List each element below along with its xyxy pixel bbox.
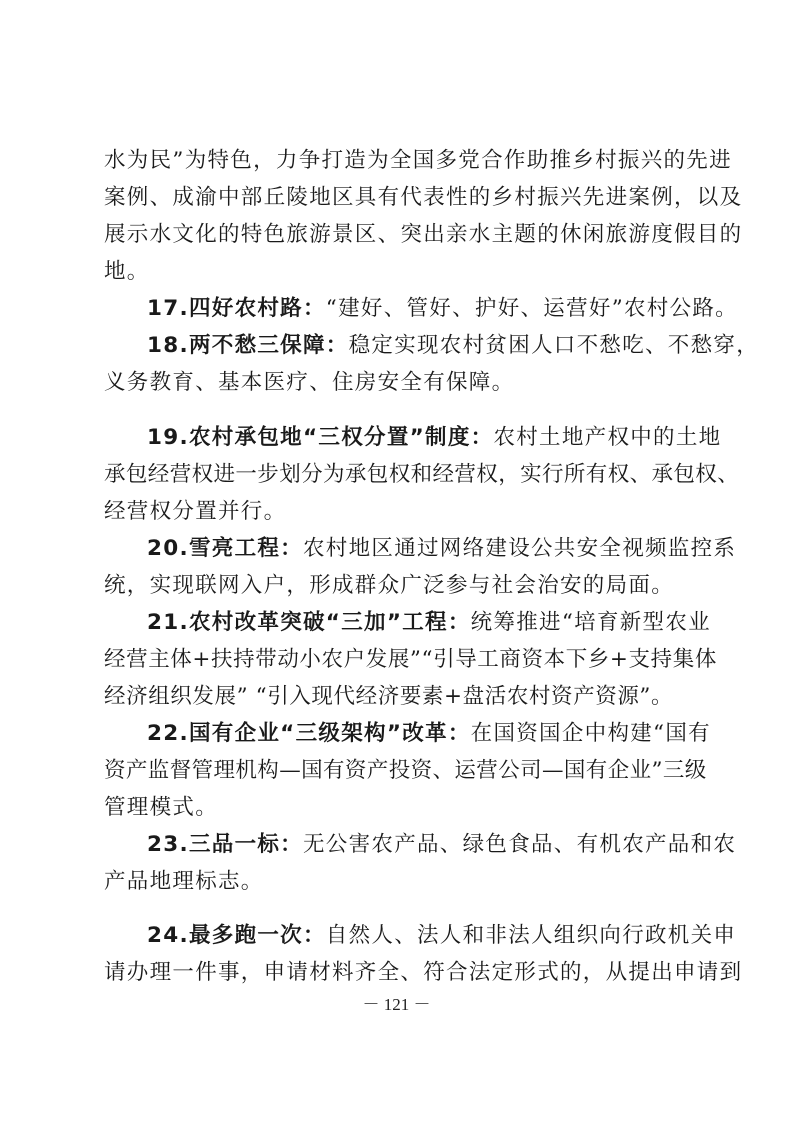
text-line: 管理模式。 (104, 790, 218, 826)
text-line: 地。 (104, 254, 150, 290)
term-label: 21.农村改革突破“三加”工程： (147, 610, 471, 635)
definition-text: 无公害农产品、绿色食品、有机农产品和农 (303, 832, 736, 857)
term-label: 20.雪亮工程： (147, 536, 303, 561)
definition-text: 在国资国企中构建“国有 (471, 721, 711, 746)
definition-text: 统筹推进“培育新型农业 (471, 610, 711, 635)
definition-item-21: 21.农村改革突破“三加”工程：统筹推进“培育新型农业 (147, 605, 711, 641)
text-line: 请办理一件事，申请材料齐全、符合法定形式的，从提出申请到 (104, 955, 742, 991)
page-number: － 121 － (0, 990, 793, 1015)
term-label: 23.三品一标： (147, 832, 303, 857)
definition-item-20: 20.雪亮工程：农村地区通过网络建设公共安全视频监控系 (147, 531, 736, 567)
definition-item-24: 24.最多跑一次：自然人、法人和非法人组织向行政机关申 (147, 918, 736, 954)
text-line: 资产监督管理机构—国有资产投资、运营公司—国有企业”三级 (104, 753, 707, 789)
text-line: 经济组织发展” “引入现代经济要素+盘活农村资产资源”。 (104, 679, 673, 715)
definition-text: “建好、管好、护好、运营好”农村公路。 (326, 296, 738, 321)
term-label: 24.最多跑一次： (147, 923, 326, 948)
definition-text: 自然人、法人和非法人组织向行政机关申 (326, 923, 736, 948)
definition-item-18: 18.两不愁三保障：稳定实现农村贫困人口不愁吃、不愁穿， (147, 328, 759, 364)
text-line: 水为民”为特色，力争打造为全国多党合作助推乡村振兴的先进 (104, 143, 732, 179)
definition-text: 稳定实现农村贫困人口不愁吃、不愁穿， (349, 333, 759, 358)
definition-text: 农村地区通过网络建设公共安全视频监控系 (303, 536, 736, 561)
text-line: 案例、成渝中部丘陵地区具有代表性的乡村振兴先进案例，以及 (104, 180, 742, 216)
term-label: 19.农村承包地“三权分置”制度： (147, 425, 493, 450)
text-line: 经营权分置并行。 (104, 494, 286, 530)
term-label: 18.两不愁三保障： (147, 333, 349, 358)
definition-text: 农村土地产权中的土地 (493, 425, 721, 450)
text-line: 展示水文化的特色旅游景区、突出亲水主题的休闲旅游度假目的 (104, 217, 742, 253)
definition-item-17: 17.四好农村路：“建好、管好、护好、运营好”农村公路。 (147, 291, 738, 327)
definition-item-23: 23.三品一标：无公害农产品、绿色食品、有机农产品和农 (147, 827, 736, 863)
text-line: 承包经营权进一步划分为承包权和经营权，实行所有权、承包权、 (104, 457, 739, 493)
text-line: 统，实现联网入户，形成群众广泛参与社会治安的局面。 (104, 568, 674, 604)
term-label: 22.国有企业“三级架构”改革： (147, 721, 471, 746)
text-line: 义务教育、基本医疗、住房安全有保障。 (104, 365, 514, 401)
definition-item-19: 19.农村承包地“三权分置”制度：农村土地产权中的土地 (147, 420, 721, 456)
text-line: 经营主体+扶持带动小农户发展”“引导工商资本下乡+支持集体 (104, 642, 717, 678)
term-label: 17.四好农村路： (147, 296, 326, 321)
text-line: 产品地理标志。 (104, 864, 264, 900)
definition-item-22: 22.国有企业“三级架构”改革：在国资国企中构建“国有 (147, 716, 711, 752)
